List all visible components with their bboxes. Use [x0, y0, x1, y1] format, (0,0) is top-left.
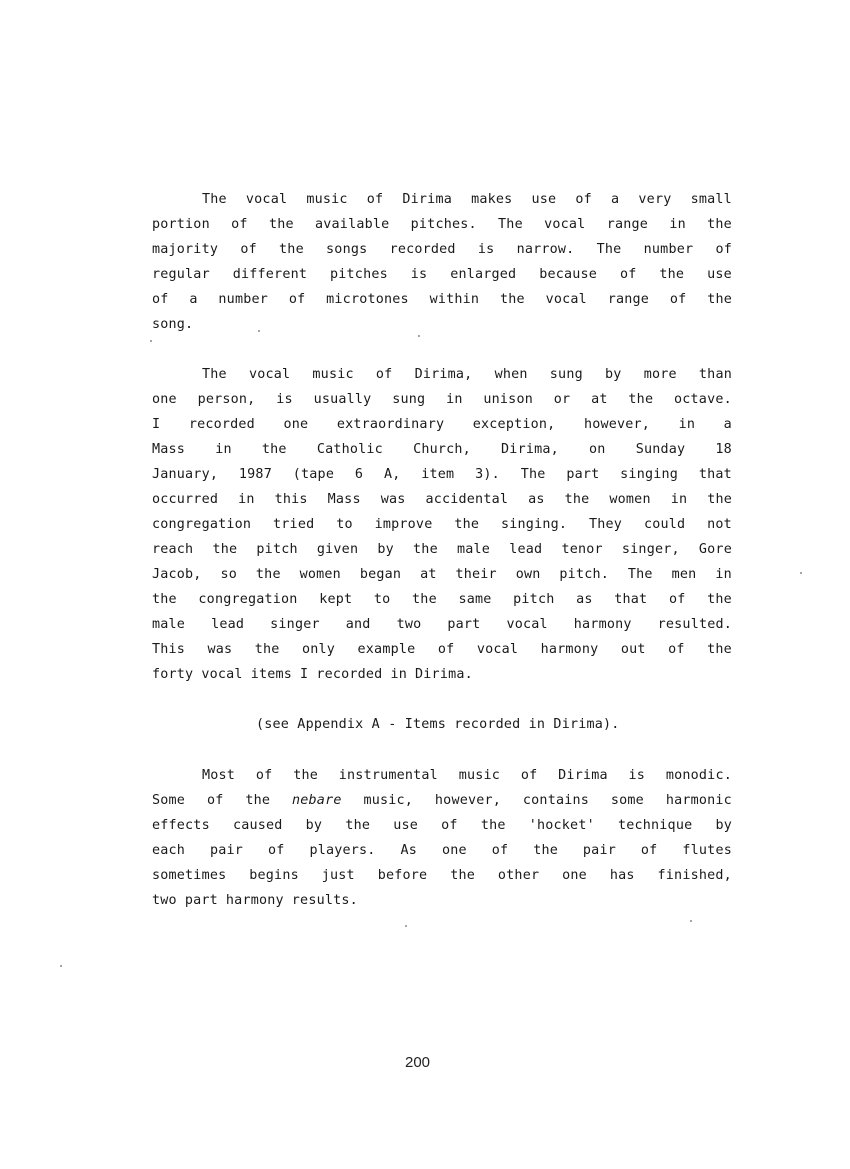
scan-speck: [690, 920, 692, 922]
text-line: sometimesbeginsjustbeforetheotheronehasf…: [152, 863, 732, 888]
document-page: ThevocalmusicofDirimamakesuseofaverysmal…: [0, 0, 850, 1169]
scan-speck: [405, 925, 407, 927]
text-line: maleleadsingerandtwopartvocalharmonyresu…: [152, 612, 732, 637]
text-line: regulardifferentpitchesisenlargedbecause…: [152, 262, 732, 287]
text-line: song.: [152, 312, 732, 337]
text-line: ThevocalmusicofDirima,whensungbymorethan: [152, 362, 732, 387]
paragraph-vocal-pitches: ThevocalmusicofDirimamakesuseofaverysmal…: [152, 187, 732, 337]
text-line: reachthepitchgivenbythemaleleadtenorsing…: [152, 537, 732, 562]
paragraph-instrumental-music: MostoftheinstrumentalmusicofDirimaismono…: [152, 763, 732, 913]
text-line: ThevocalmusicofDirimamakesuseofaverysmal…: [152, 187, 732, 212]
appendix-reference: (see Appendix A - Items recorded in Diri…: [256, 712, 620, 737]
text-line: thecongregationkepttothesamepitchasthato…: [152, 587, 732, 612]
text-line: MassintheCatholicChurch,Dirima,onSunday1…: [152, 437, 732, 462]
scan-speck: [150, 340, 152, 342]
page-number: 200: [405, 1054, 430, 1071]
scan-speck: [418, 335, 420, 337]
text-line: occurredinthisMasswasaccidentalasthewome…: [152, 487, 732, 512]
text-line: January,1987(tape6A,item3).Thepartsingin…: [152, 462, 732, 487]
text-line: eachpairofplayers.Asoneofthepairofflutes: [152, 838, 732, 863]
text-line: effectscausedbytheuseofthe'hocket'techni…: [152, 813, 732, 838]
text-line: twopartharmonyresults.: [152, 888, 732, 913]
text-line: Jacob,sothewomenbeganattheirownpitch.The…: [152, 562, 732, 587]
text-line: fortyvocalitemsIrecordedinDirima.: [152, 662, 732, 687]
scan-speck: [800, 572, 802, 574]
text-line: ofanumberofmicrotoneswithinthevocalrange…: [152, 287, 732, 312]
text-line: Thiswastheonlyexampleofvocalharmonyoutof…: [152, 637, 732, 662]
scan-speck: [258, 330, 260, 332]
scan-speck: [60, 965, 62, 967]
text-line: congregationtriedtoimprovethesinging.The…: [152, 512, 732, 537]
text-line: Someofthenebaremusic,however,containssom…: [152, 788, 732, 813]
text-line: oneperson,isusuallysunginunisonorattheoc…: [152, 387, 732, 412]
text-line: portionoftheavailablepitches.Thevocalran…: [152, 212, 732, 237]
text-line: MostoftheinstrumentalmusicofDirimaismono…: [152, 763, 732, 788]
text-line: Irecordedoneextraordinaryexception,howev…: [152, 412, 732, 437]
text-line: majorityofthesongsrecordedisnarrow.Thenu…: [152, 237, 732, 262]
paragraph-vocal-harmony: ThevocalmusicofDirima,whensungbymorethan…: [152, 362, 732, 687]
